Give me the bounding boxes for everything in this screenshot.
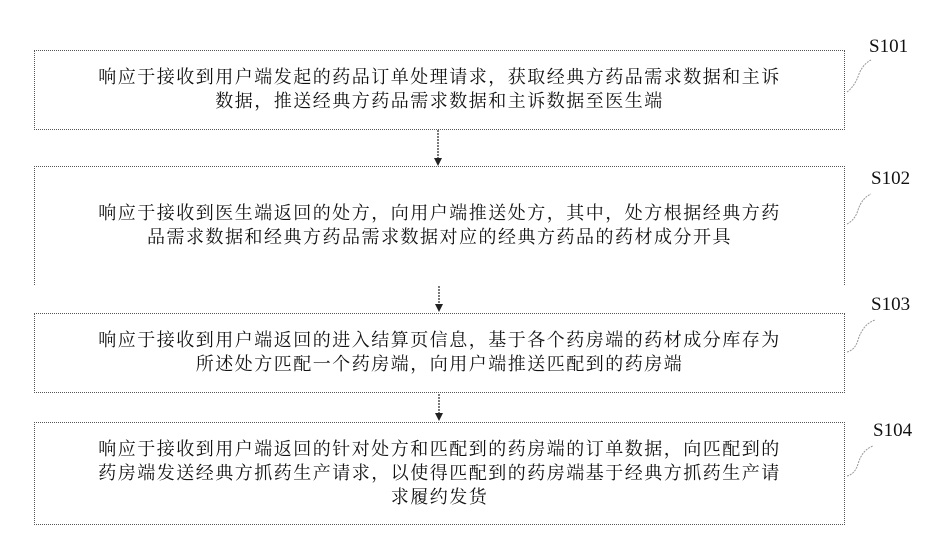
step-text-line: 求履约发货 <box>50 486 830 510</box>
step-text-line: 数据，推送经典方药品需求数据和主诉数据至医生端 <box>50 90 830 114</box>
leader-line-s103 <box>845 316 879 356</box>
step-label-s104: S104 <box>873 420 912 442</box>
leader-line-s101 <box>845 56 875 96</box>
step-label-s102: S102 <box>871 168 910 190</box>
arrow-down-icon <box>433 394 445 422</box>
leader-line-s102 <box>845 190 875 230</box>
step-text-line: 响应于接收到用户端返回的针对处方和匹配到的药房端的订单数据，向匹配到的 <box>50 438 830 462</box>
step-text-s101: 响应于接收到用户端发起的药品订单处理请求，获取经典方药品需求数据和主诉 数据，推… <box>50 66 830 114</box>
leader-line-s104 <box>845 442 877 482</box>
step-text-s104: 响应于接收到用户端返回的针对处方和匹配到的药房端的订单数据，向匹配到的 药房端发… <box>50 438 830 510</box>
step-text-s102: 响应于接收到医生端返回的处方，向用户端推送处方，其中，处方根据经典方药 品需求数… <box>50 202 830 250</box>
arrow-down-icon <box>432 130 444 167</box>
step-text-line: 响应于接收到医生端返回的处方，向用户端推送处方，其中，处方根据经典方药 <box>50 202 830 226</box>
step-text-line: 响应于接收到用户端返回的进入结算页信息，基于各个药房端的药材成分库存为 <box>50 329 830 353</box>
step-text-line: 所述处方匹配一个药房端，向用户端推送匹配到的药房端 <box>50 353 830 377</box>
step-box-s101: 响应于接收到用户端发起的药品订单处理请求，获取经典方药品需求数据和主诉 数据，推… <box>34 50 845 130</box>
step-box-s103: 响应于接收到用户端返回的进入结算页信息，基于各个药房端的药材成分库存为 所述处方… <box>34 313 845 393</box>
step-text-s103: 响应于接收到用户端返回的进入结算页信息，基于各个药房端的药材成分库存为 所述处方… <box>50 329 830 377</box>
step-label-s101: S101 <box>869 36 908 58</box>
step-box-s104: 响应于接收到用户端返回的针对处方和匹配到的药房端的订单数据，向匹配到的 药房端发… <box>34 422 845 525</box>
step-label-s103: S103 <box>871 294 910 316</box>
step-text-line: 响应于接收到用户端发起的药品订单处理请求，获取经典方药品需求数据和主诉 <box>50 66 830 90</box>
step-text-line: 药房端发送经典方抓药生产请求，以使得匹配到的药房端基于经典方抓药生产请 <box>50 462 830 486</box>
step-text-line: 品需求数据和经典方药品需求数据对应的经典方药品的药材成分开具 <box>50 226 830 250</box>
step-box-s102: 响应于接收到医生端返回的处方，向用户端推送处方，其中，处方根据经典方药 品需求数… <box>34 166 845 285</box>
arrow-down-icon <box>433 286 445 313</box>
